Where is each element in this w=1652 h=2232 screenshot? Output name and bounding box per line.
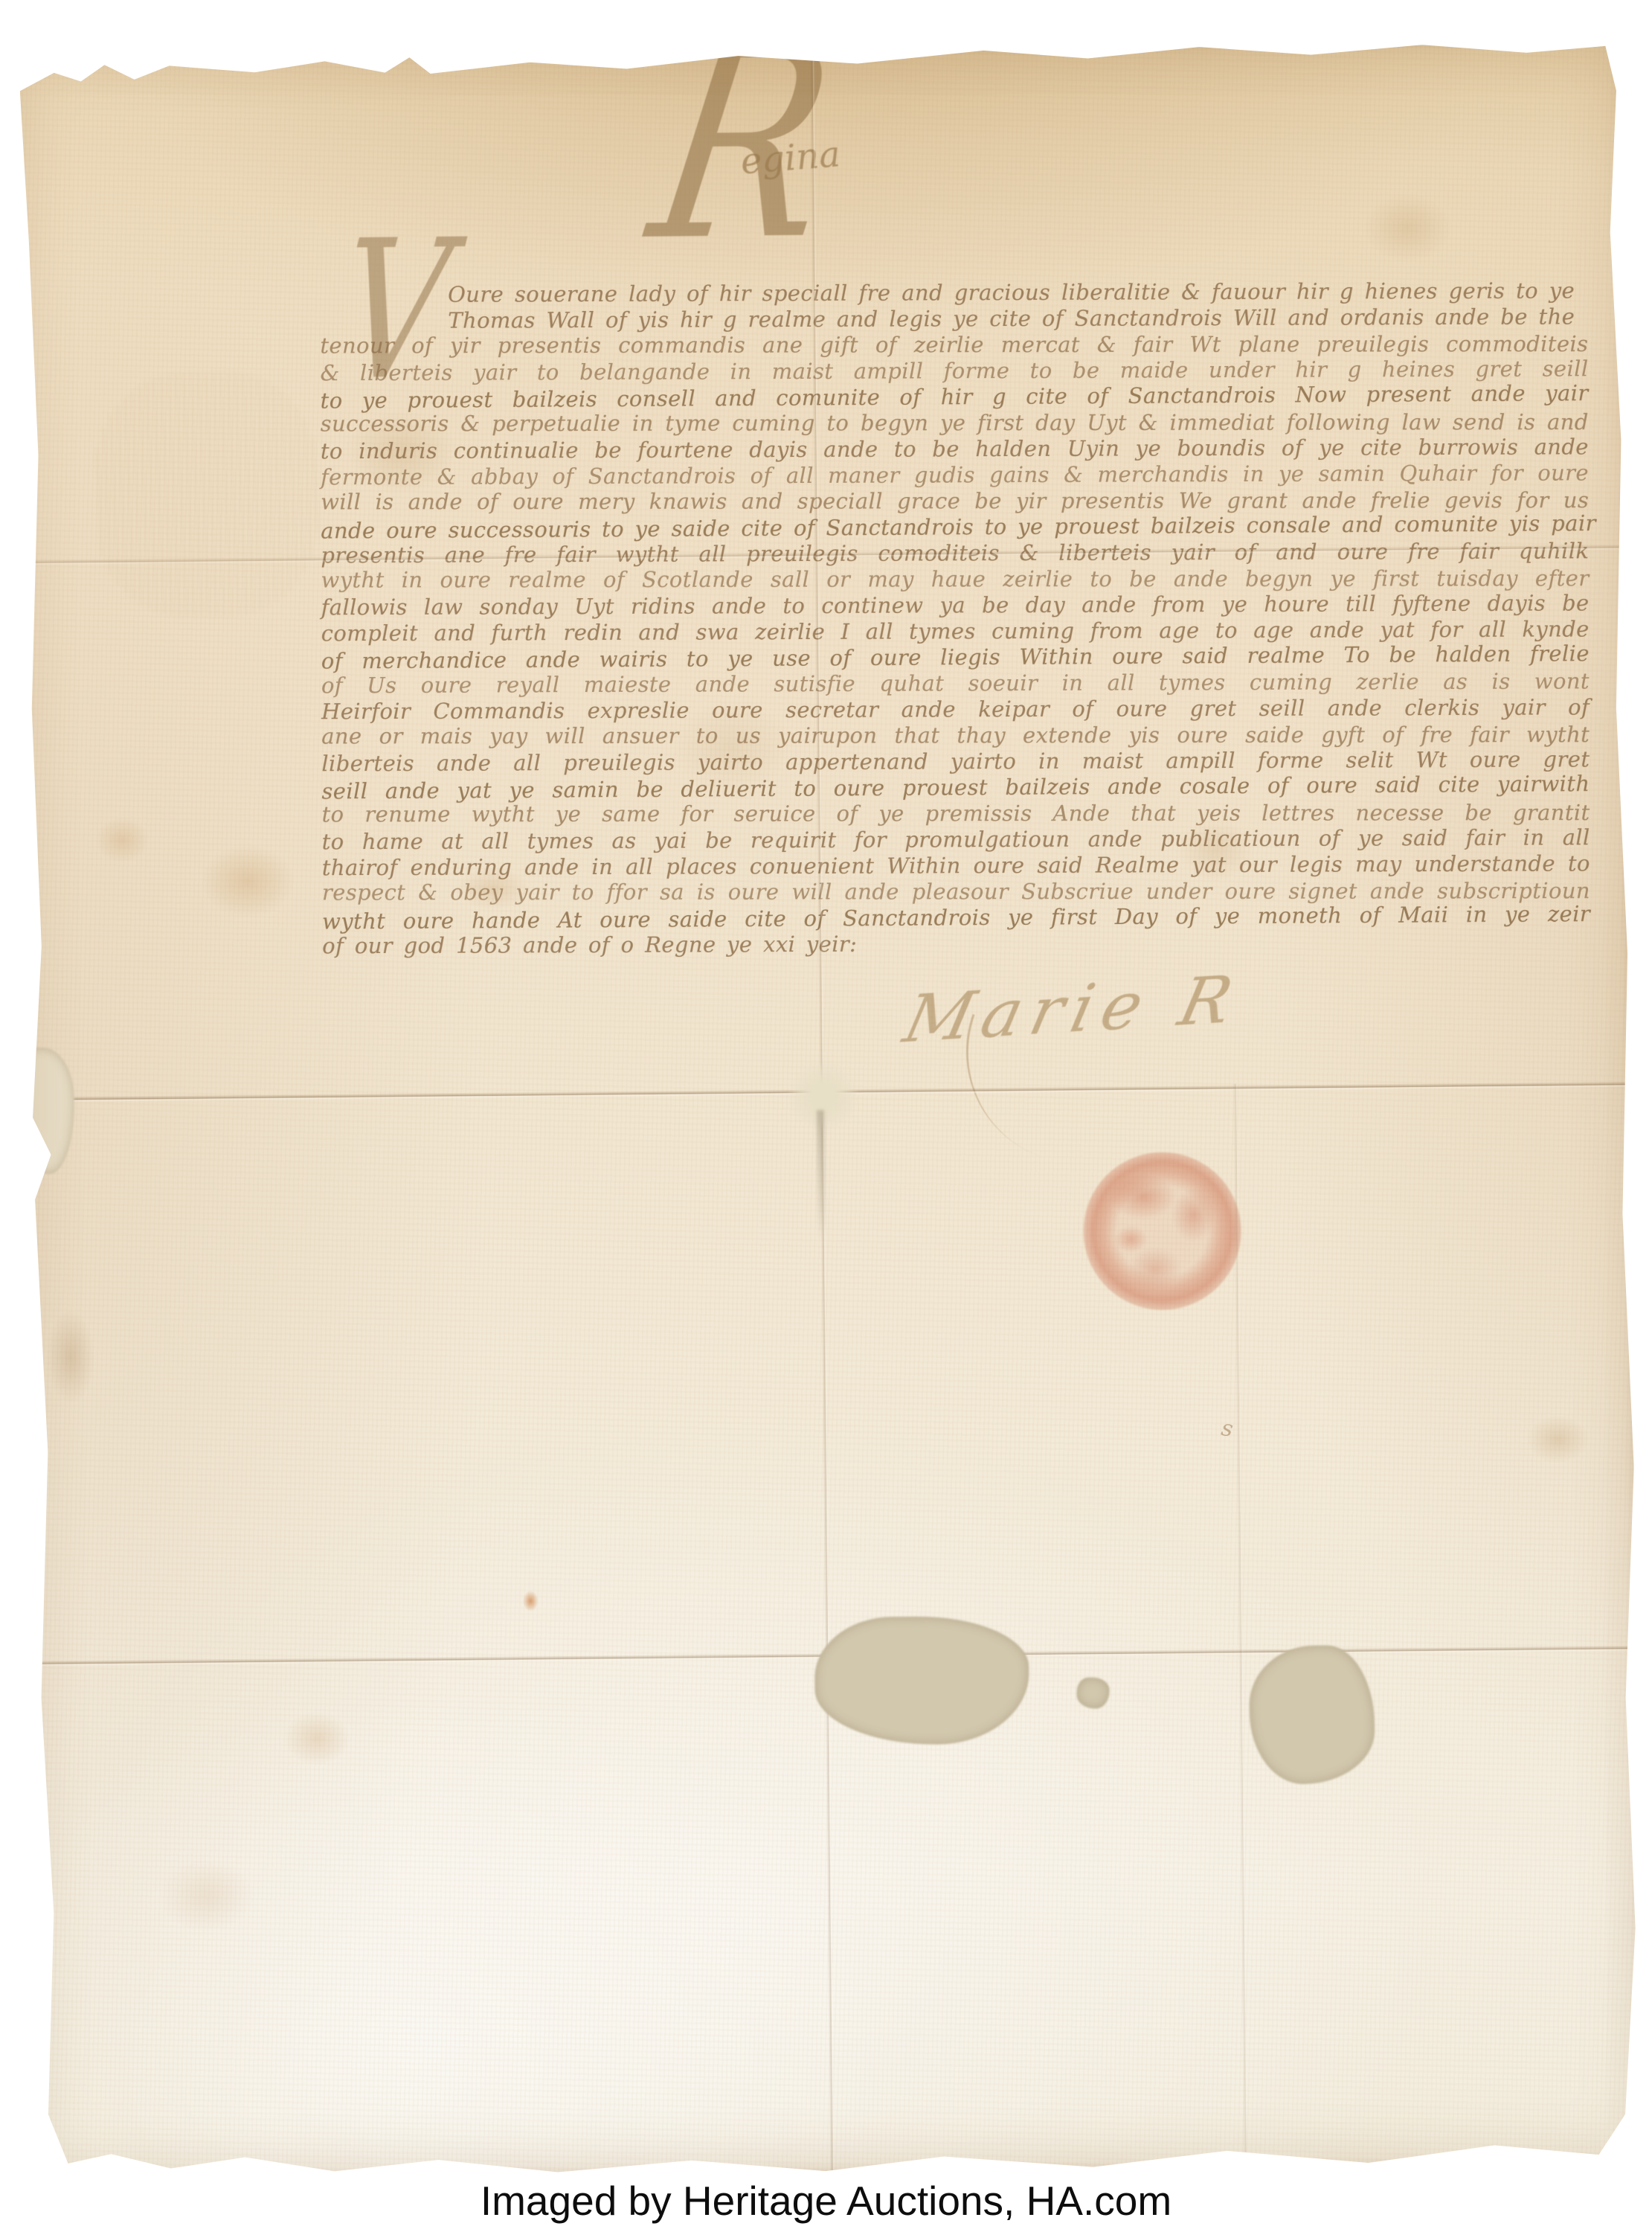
watermark-caption: Imaged by Heritage Auctions, HA.com <box>0 2177 1652 2225</box>
manuscript-line-date: of our god 1563 ande of o Regne ye xxi y… <box>322 931 858 960</box>
red-wax-seal-impression <box>1083 1152 1242 1311</box>
manuscript-line: to hame at all tymes as yai be requirit … <box>322 824 1590 855</box>
manuscript-text-block: Oure souerane lady of hir speciall fre a… <box>320 278 1594 959</box>
manuscript-line: tenour of yir presentis commandis ane gi… <box>320 331 1588 359</box>
stray-ink-mark: s <box>1219 1415 1235 1443</box>
manuscript-sheet: R egina V Oure souerane lady of hir spec… <box>9 39 1642 2181</box>
manuscript-line: wytht in oure realme of Scotlande sall o… <box>321 565 1589 593</box>
manuscript-line: to induris continualie be fourtene dayis… <box>321 434 1589 464</box>
manuscript-line: wytht oure hande At oure saide cite of S… <box>322 901 1590 934</box>
manuscript-line: fallowis law sonday Uyt ridins ande to c… <box>321 590 1590 620</box>
manuscript-line: of Us oure reyall maieste ande sutisfie … <box>321 668 1590 699</box>
manuscript-line: thairof enduring ande in all places conu… <box>322 850 1590 881</box>
manuscript-line: Oure souerane lady of hir speciall fre a… <box>448 278 1575 307</box>
royal-signature: Marie R <box>897 961 1248 1058</box>
fold-wear-streak <box>817 1110 826 1240</box>
damage-patch <box>814 1615 1030 1745</box>
manuscript-line: Thomas Wall of yis hir g realme and legi… <box>448 304 1575 333</box>
manuscript-line: fermonte & abbay of Sanctandrois of all … <box>321 460 1589 490</box>
damage-patch <box>14 1048 75 1175</box>
auction-photo: R egina V Oure souerane lady of hir spec… <box>0 0 1652 2232</box>
manuscript-line: ane or mais yay will ansuer to us yairup… <box>321 722 1590 749</box>
regina-heading-rest: egina <box>739 133 842 182</box>
manuscript-line: Heirfoir Commandis expreslie oure secret… <box>321 694 1590 725</box>
manuscript-line: to renume wytht ye same for seruice of y… <box>322 800 1590 827</box>
damage-patch <box>1249 1645 1375 1785</box>
damage-patch <box>1076 1677 1109 1708</box>
manuscript-line: successoris & perpetualie in tyme cuming… <box>321 409 1589 437</box>
ink-showthrough <box>94 371 319 619</box>
